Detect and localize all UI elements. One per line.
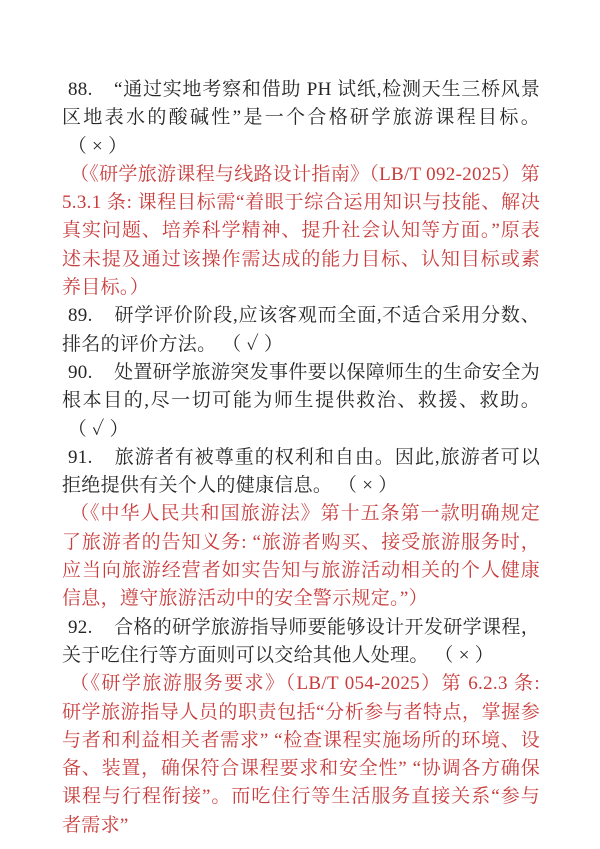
question-91-text: 旅游者有被尊重的权利和自由。因此,旅游者可以拒绝提供有关个人的健康信息。: [62, 447, 540, 496]
explanation-92: （《研学旅游服务要求》（LB/T 054-2025）第 6.2.3 条: 研学旅…: [62, 670, 540, 840]
document-page: 88.“通过实地考察和借助 PH 试纸,检测天生三桥风景区地表水的酸碱性”是一个…: [0, 0, 600, 849]
question-89: 89.研学评价阶段,应该客观而全面,不适合采用分数、排名的评价方法。（ ✓ ）: [62, 302, 540, 359]
question-88-answer-mark: （ × ）: [77, 136, 127, 157]
question-92: 92.合格的研学旅游指导师要能够设计开发研学课程，关于吃住行等方面则可以交给其他…: [62, 614, 540, 671]
question-91: 91.旅游者有被尊重的权利和自由。因此,旅游者可以拒绝提供有关个人的健康信息。（…: [62, 444, 540, 501]
question-88-text: “通过实地考察和借助 PH 试纸,检测天生三桥风景区地表水的酸碱性”是一个合格研…: [62, 79, 540, 128]
question-91-number: 91.: [68, 444, 114, 472]
question-92-number: 92.: [68, 614, 114, 642]
question-88-number: 88.: [68, 76, 114, 104]
question-92-answer-mark: （ × ）: [444, 645, 494, 666]
explanation-88: （《研学旅游课程与线路设计指南》（LB/T 092-2025）第 5.3.1 条…: [62, 161, 540, 302]
question-89-answer-mark: （ ✓ ）: [232, 334, 284, 355]
explanation-91: （《中华人民共和国旅游法》第十五条第一款明确规定了旅游者的告知义务: “旅游者购…: [62, 500, 540, 613]
question-89-number: 89.: [68, 302, 114, 330]
question-89-text: 研学评价阶段,应该客观而全面,不适合采用分数、排名的评价方法。: [62, 305, 540, 354]
question-91-answer-mark: （ × ）: [347, 475, 397, 496]
question-90-number: 90.: [68, 359, 114, 387]
question-90: 90.处置研学旅游突发事件要以保障师生的生命安全为根本目的,尽一切可能为师生提供…: [62, 359, 540, 444]
question-90-answer-mark: （ ✓ ）: [77, 419, 129, 440]
question-88: 88.“通过实地考察和借助 PH 试纸,检测天生三桥风景区地表水的酸碱性”是一个…: [62, 76, 540, 161]
text-column: 88.“通过实地考察和借助 PH 试纸,检测天生三桥风景区地表水的酸碱性”是一个…: [62, 76, 540, 840]
question-90-text: 处置研学旅游突发事件要以保障师生的生命安全为根本目的,尽一切可能为师生提供救治、…: [62, 362, 540, 411]
